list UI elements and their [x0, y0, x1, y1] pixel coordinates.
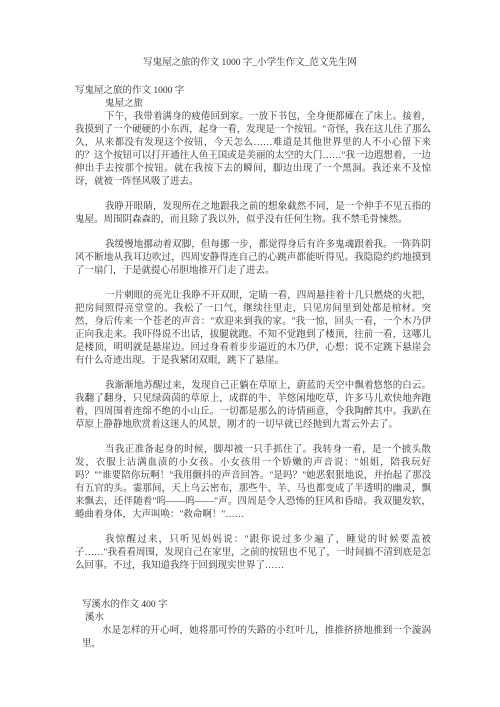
essay-2-paragraph: 水是怎样的开心呵，她将那可怜的失路的小红叶儿，推推挤挤地推到一个漩涡里， [82, 625, 431, 651]
essay-1-paragraph: 我睁开眼睛，发现所在之地跟我之前的想象截然不同，是一个伸手不见五指的鬼屋。周围阴… [75, 201, 431, 227]
essay-1-paragraph: 我惊醒过来，只听见妈妈说："跟你说过多少遍了，睡觉的时候要盖被子……"我看看周围… [75, 534, 431, 573]
document-page: 写鬼屋之旅的作文 1000 字_小学生作文_范文先生网 写鬼屋之旅的作文 100… [0, 0, 500, 707]
essay-1-paragraph: 我缓慢地挪动着双脚，但每挪一步，都觉得身后有许多鬼魂跟着我。一阵阵阴风不断地从我… [75, 239, 431, 278]
essay-1-paragraph: 下午，我带着满身的疲倦回到家。一放下书包，全身便都瘫在了床上。接着，我摸到了一个… [75, 111, 431, 189]
essay-stream-water: 写溪水的作文 400 字 溪水 水是怎样的开心呵，她将那可怜的失路的小红叶儿，推… [82, 599, 431, 651]
essay-haunted-house: 写鬼屋之旅的作文 1000 字 鬼屋之旅 下午，我带着满身的疲倦回到家。一放下书… [75, 85, 431, 573]
essay-1-paragraph: 当我正准备起身的时候，脚却被一只手抓住了。我转身一看，是一个披头散发，衣服上沾满… [75, 444, 431, 522]
essay-1-paragraph: 我渐渐地苏醒过来，发现自己正躺在草原上，蔚蓝的天空中飘着悠悠的白云。我翻了翻身，… [75, 380, 431, 432]
page-title: 写鬼屋之旅的作文 1000 字_小学生作文_范文先生网 [0, 0, 500, 70]
essay-2-subtitle: 溪水 [85, 612, 431, 625]
essay-1-paragraph: 一片刺眼的亮光让我睁不开双眼，定睛一看，四周悬挂着十几只燃烧的火把，把房间照得亮… [75, 290, 431, 368]
content-area: 写鬼屋之旅的作文 1000 字 鬼屋之旅 下午，我带着满身的疲倦回到家。一放下书… [75, 85, 431, 651]
essay-1-heading: 写鬼屋之旅的作文 1000 字 [75, 85, 431, 98]
essay-1-subtitle: 鬼屋之旅 [105, 98, 431, 111]
essay-2-heading: 写溪水的作文 400 字 [82, 599, 431, 612]
